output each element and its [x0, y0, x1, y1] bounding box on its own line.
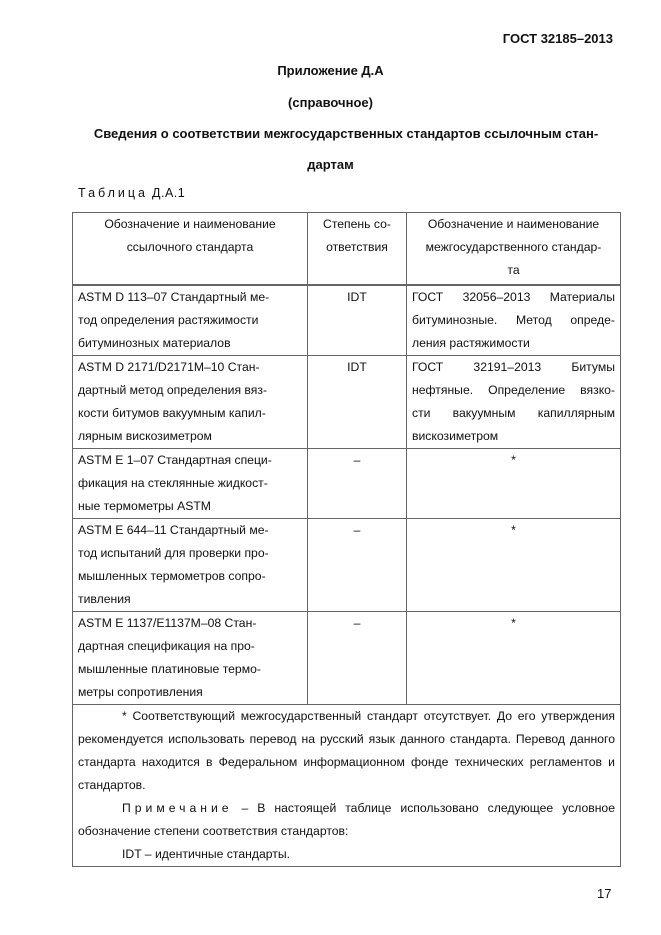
document-id: ГОСТ 32185–2013	[503, 31, 613, 46]
cell-line: ASTM E 1137/E1137M–08 Стан-	[78, 612, 302, 635]
cell-interstate-standard: *	[407, 518, 621, 611]
cell-line: ASTM E 644–11 Стандартный ме-	[78, 519, 302, 542]
cell-degree: –	[308, 518, 407, 611]
cell-line: лярным вискозиметром	[78, 425, 302, 448]
cell-line: *	[412, 612, 615, 635]
cell-degree: –	[308, 448, 407, 518]
cell-reference-standard: ASTM D 113–07 Стандартный ме-тод определ…	[73, 285, 308, 356]
annex-title: Приложение Д.А	[0, 63, 661, 78]
cell-interstate-standard: *	[407, 611, 621, 704]
note-label: Примечание	[122, 801, 233, 815]
cell-interstate-standard: *	[407, 448, 621, 518]
cell-degree: –	[308, 611, 407, 704]
cell-line: тод испытаний для проверки про-	[78, 542, 302, 565]
cell-line: ления растяжимости	[412, 332, 615, 355]
cell-line: IDT	[313, 286, 401, 309]
cell-line: –	[313, 612, 401, 635]
cell-line: мышленных термометров сопро-	[78, 565, 302, 588]
cell-degree: IDT	[308, 285, 407, 356]
table-footnotes: * Соответствующий межгосударственный ста…	[73, 704, 621, 866]
header-line: Обозначение и наименование	[78, 213, 302, 236]
cell-interstate-standard: ГОСТ 32191–2013 Битумынефтяные. Определе…	[407, 355, 621, 448]
page-number: 17	[597, 886, 611, 901]
header-reference-standard: Обозначение и наименованиессылочного ста…	[73, 213, 308, 285]
table-row: ASTM E 1137/E1137M–08 Стан-дартная специ…	[73, 611, 621, 704]
header-line: межгосударственного стандар-	[412, 236, 615, 259]
cell-interstate-standard: ГОСТ 32056–2013 Материалыбитуминозные. М…	[407, 285, 621, 356]
cell-line: дартная спецификация на про-	[78, 635, 302, 658]
cell-line: метры сопротивления	[78, 681, 302, 704]
header-interstate-standard: Обозначение и наименованиемежгосударстве…	[407, 213, 621, 285]
cell-line: фикация на стеклянные жидкост-	[78, 472, 302, 495]
cell-line: *	[412, 519, 615, 542]
annex-heading-line2: дартам	[0, 157, 661, 172]
cell-line: ASTM D 113–07 Стандартный ме-	[78, 286, 302, 309]
annex-type: (справочное)	[0, 95, 661, 110]
standards-table: Обозначение и наименованиессылочного ста…	[72, 212, 621, 867]
table-footer-row: * Соответствующий межгосударственный ста…	[73, 704, 621, 866]
cell-line: дартный метод определения вяз-	[78, 379, 302, 402]
table-caption-word: Таблица	[78, 186, 148, 200]
cell-line: нефтяные. Определение вязко-	[412, 379, 615, 402]
cell-reference-standard: ASTM E 1–07 Стандартная специ-фикация на…	[73, 448, 308, 518]
cell-line: –	[313, 449, 401, 472]
table-caption: Таблица Д.А.1	[78, 186, 185, 200]
table-row: ASTM D 2171/D2171M–10 Стан-дартный метод…	[73, 355, 621, 448]
cell-line: кости битумов вакуумным капил-	[78, 402, 302, 425]
table-row: ASTM D 113–07 Стандартный ме-тод определ…	[73, 285, 621, 356]
cell-line: IDT	[313, 356, 401, 379]
footnote-text: * Соответствующий межгосударственный ста…	[78, 705, 615, 797]
table-header-row: Обозначение и наименованиессылочного ста…	[73, 213, 621, 285]
table-row: ASTM E 644–11 Стандартный ме-тод испытан…	[73, 518, 621, 611]
cell-line: мышленные платиновые термо-	[78, 658, 302, 681]
cell-reference-standard: ASTM E 1137/E1137M–08 Стан-дартная специ…	[73, 611, 308, 704]
header-line: ответствия	[313, 236, 401, 259]
cell-line: –	[313, 519, 401, 542]
cell-degree: IDT	[308, 355, 407, 448]
cell-reference-standard: ASTM E 644–11 Стандартный ме-тод испытан…	[73, 518, 308, 611]
cell-line: тивления	[78, 588, 302, 611]
cell-line: сти вакуумным капиллярным	[412, 402, 615, 425]
table-row: ASTM E 1–07 Стандартная специ-фикация на…	[73, 448, 621, 518]
cell-line: ASTM E 1–07 Стандартная специ-	[78, 449, 302, 472]
header-line: та	[412, 259, 615, 282]
cell-line: битуминозных материалов	[78, 332, 302, 355]
cell-reference-standard: ASTM D 2171/D2171M–10 Стан-дартный метод…	[73, 355, 308, 448]
header-degree: Степень со-ответствия	[308, 213, 407, 285]
cell-line: ГОСТ 32191–2013 Битумы	[412, 356, 615, 379]
header-line: Степень со-	[313, 213, 401, 236]
header-line: ссылочного стандарта	[78, 236, 302, 259]
cell-line: вискозиметром	[412, 425, 615, 448]
note-legend: IDT – идентичные стандарты.	[78, 843, 615, 866]
cell-line: ASTM D 2171/D2171M–10 Стан-	[78, 356, 302, 379]
note: Примечание – В настоящей таблице использ…	[78, 797, 615, 843]
cell-line: тод определения растяжимости	[78, 309, 302, 332]
cell-line: *	[412, 449, 615, 472]
cell-line: ГОСТ 32056–2013 Материалы	[412, 286, 615, 309]
annex-heading-line1: Сведения о соответствии межгосударственн…	[72, 126, 620, 141]
cell-line: ные термометры ASTM	[78, 495, 302, 518]
table-caption-number: Д.А.1	[152, 186, 185, 200]
header-line: Обозначение и наименование	[412, 213, 615, 236]
cell-line: битуминозные. Метод опреде-	[412, 309, 615, 332]
